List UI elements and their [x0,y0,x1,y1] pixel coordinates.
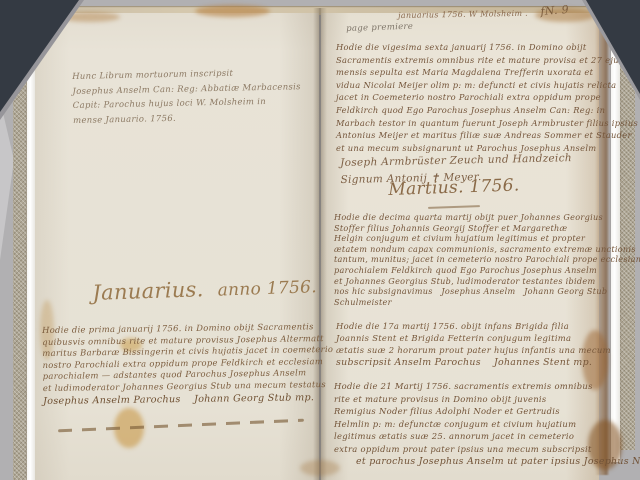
handwritten-line: jacet in Coemeterio nostro Parochiali ex… [336,91,604,104]
handwritten-line: extra oppidum prout pater ipsius una mec… [334,443,616,456]
scanned-register-spread: Hunc Librum mortuorum inscripsitJosephus… [0,0,640,480]
handwritten-line: Feldkirch quod Ego Parochus Josephus Ans… [336,104,604,117]
handwritten-line: vidua Nicolai Meijer olim p: m: defuncti… [336,79,604,92]
handwritten-line: Antonius Meijer et maritus filiæ suæ And… [336,129,604,142]
month-heading-script: Januarius. [92,277,204,305]
handwritten-line: Hodie die 17a martij 1756. obijt infans … [336,320,610,332]
handwritten-line: subscripsit Anselm Parochus Johannes Ste… [336,357,610,369]
handwritten-line: Helgin conjugum et civium hujatium legit… [334,233,612,244]
handwritten-line: tantum, munitus; jacet in cemeterio nost… [334,254,612,265]
handwritten-line: Marbach testor in quantum fuerunt Joseph… [336,117,604,130]
death-entry-mar-21: Hodie die 21 Martij 1756. sacramentis ex… [334,380,616,468]
handwritten-line: Hodie die vigesima sexta januarij 1756. … [336,41,604,54]
handwritten-line: ætatis suæ 2 horarum prout pater hujus i… [336,344,610,356]
handwritten-line: legitimus ætatis suæ 25. annorum jacet i… [334,430,616,443]
handwritten-line: mensis sepulta est Maria Magdalena Treff… [336,66,604,79]
handwritten-line: parochialem Feldkirch quod Ego Parochus … [334,265,612,276]
death-entry-jan-26: Hodie die vigesima sexta januarij 1756. … [336,41,604,154]
handwritten-line: Sacramentis extremis omnibus rite et mat… [336,54,604,67]
handwritten-line: Joannis Stent et Brigida Fetterin conjug… [336,332,610,344]
left-page-block-edges [27,12,35,480]
handwritten-line: Hodie die decima quarta martij obijt pue… [334,212,612,223]
handwritten-line: et Johannes Georgius Stub, ludimoderator… [334,276,612,287]
month-heading-year: anno 1756. [217,277,317,300]
handwritten-line: Helmlin p: m: defunctæ conjugum et civiu… [334,418,616,431]
handwritten-line: nos hic subsignavimus Josephus Anselm Jo… [334,286,612,297]
handwritten-line: Stoffer filius Johannis Georgij Stoffer … [334,223,612,234]
handwritten-line: ætatem nondum capax communionis, sacrame… [334,244,612,255]
ownership-inscription: Hunc Librum mortuorum inscripsitJosephus… [72,65,313,128]
death-entry-mar-14: Hodie die decima quarta martij obijt pue… [334,212,612,307]
handwritten-line: Hodie die 21 Martij 1756. sacramentis ex… [334,380,616,393]
handwritten-line: Remigius Noder filius Adolphi Noder et G… [334,405,616,418]
handwritten-line: Schulmeister [334,297,612,308]
handwritten-line: rite et mature provisus in Domino obijt … [334,393,616,406]
center-gutter-shadow [313,8,327,480]
folio-number: fN. 9 [540,3,569,18]
handwritten-line: et parochus Josephus Anselm ut pater ips… [334,456,616,469]
death-entry-mar-17: Hodie die 17a martij 1756. obijt infans … [336,320,610,369]
death-entry-jan-1: Hodie die prima januarij 1756. in Domino… [42,321,317,407]
